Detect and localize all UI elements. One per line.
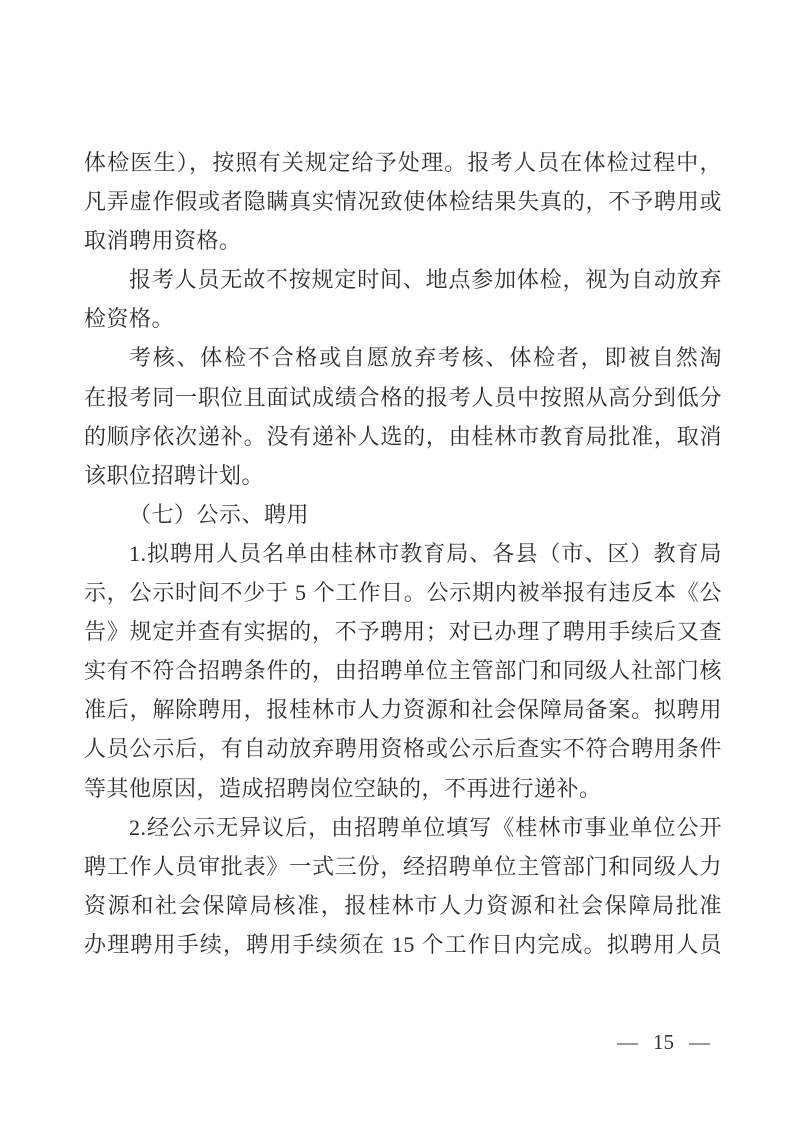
text-line: 考核、体检不合格或自愿放弃考核、体检者，即被自然淘汰， — [84, 338, 722, 377]
text-line: 报考人员无故不按规定时间、地点参加体检，视为自动放弃体 — [84, 260, 722, 299]
footer-right-dash: — — [689, 1030, 710, 1055]
text-line: 体检医生），按照有关规定给予处理。报考人员在体检过程中， — [84, 143, 722, 182]
text-line: 2.经公示无异议后，由招聘单位填写《桂林市事业单位公开招 — [84, 808, 722, 847]
text-line: 资源和社会保障局核准，报桂林市人力资源和社会保障局批准后， — [84, 886, 722, 925]
paragraph: 体检医生），按照有关规定给予处理。报考人员在体检过程中，凡弄虚作假或者隐瞒真实情… — [84, 143, 722, 260]
text-line: 该职位招聘计划。 — [84, 456, 722, 495]
text-line: 的顺序依次递补。没有递补人选的，由桂林市教育局批准，取消 — [84, 417, 722, 456]
text-line: 检资格。 — [84, 299, 722, 338]
text-line: （七）公示、聘用 — [84, 495, 722, 534]
text-line: 在报考同一职位且面试成绩合格的报考人员中按照从高分到低分 — [84, 378, 722, 417]
paragraph: 2.经公示无异议后，由招聘单位填写《桂林市事业单位公开招聘工作人员审批表》一式三… — [84, 808, 722, 964]
text-line: 凡弄虚作假或者隐瞒真实情况致使体检结果失真的，不予聘用或 — [84, 182, 722, 221]
page-number: 15 — [653, 1030, 674, 1055]
paragraph: 1.拟聘用人员名单由桂林市教育局、各县（市、区）教育局公示，公示时间不少于 5 … — [84, 534, 722, 808]
text-line: 聘工作人员审批表》一式三份，经招聘单位主管部门和同级人力 — [84, 847, 722, 886]
text-line: 等其他原因，造成招聘岗位空缺的，不再进行递补。 — [84, 769, 722, 808]
text-line: 办理聘用手续，聘用手续须在 15 个工作日内完成。拟聘用人员在 — [84, 925, 722, 964]
paragraph: 报考人员无故不按规定时间、地点参加体检，视为自动放弃体检资格。 — [84, 260, 722, 338]
footer-left-dash: — — [617, 1030, 638, 1055]
text-line: 1.拟聘用人员名单由桂林市教育局、各县（市、区）教育局公 — [84, 534, 722, 573]
page-footer: — 15 — — [617, 1030, 710, 1055]
text-line: 准后，解除聘用，报桂林市人力资源和社会保障局备案。拟聘用 — [84, 690, 722, 729]
text-line: 示，公示时间不少于 5 个工作日。公示期内被举报有违反本《公 — [84, 573, 722, 612]
text-line: 人员公示后，有自动放弃聘用资格或公示后查实不符合聘用条件 — [84, 729, 722, 768]
text-line: 实有不符合招聘条件的，由招聘单位主管部门和同级人社部门核 — [84, 651, 722, 690]
paragraph: （七）公示、聘用 — [84, 495, 722, 534]
document-page: 体检医生），按照有关规定给予处理。报考人员在体检过程中，凡弄虚作假或者隐瞒真实情… — [0, 0, 800, 1131]
paragraph: 考核、体检不合格或自愿放弃考核、体检者，即被自然淘汰，在报考同一职位且面试成绩合… — [84, 338, 722, 494]
text-line: 告》规定并查有实据的，不予聘用；对已办理了聘用手续后又查 — [84, 612, 722, 651]
document-body: 体检医生），按照有关规定给予处理。报考人员在体检过程中，凡弄虚作假或者隐瞒真实情… — [84, 143, 722, 964]
text-line: 取消聘用资格。 — [84, 221, 722, 260]
